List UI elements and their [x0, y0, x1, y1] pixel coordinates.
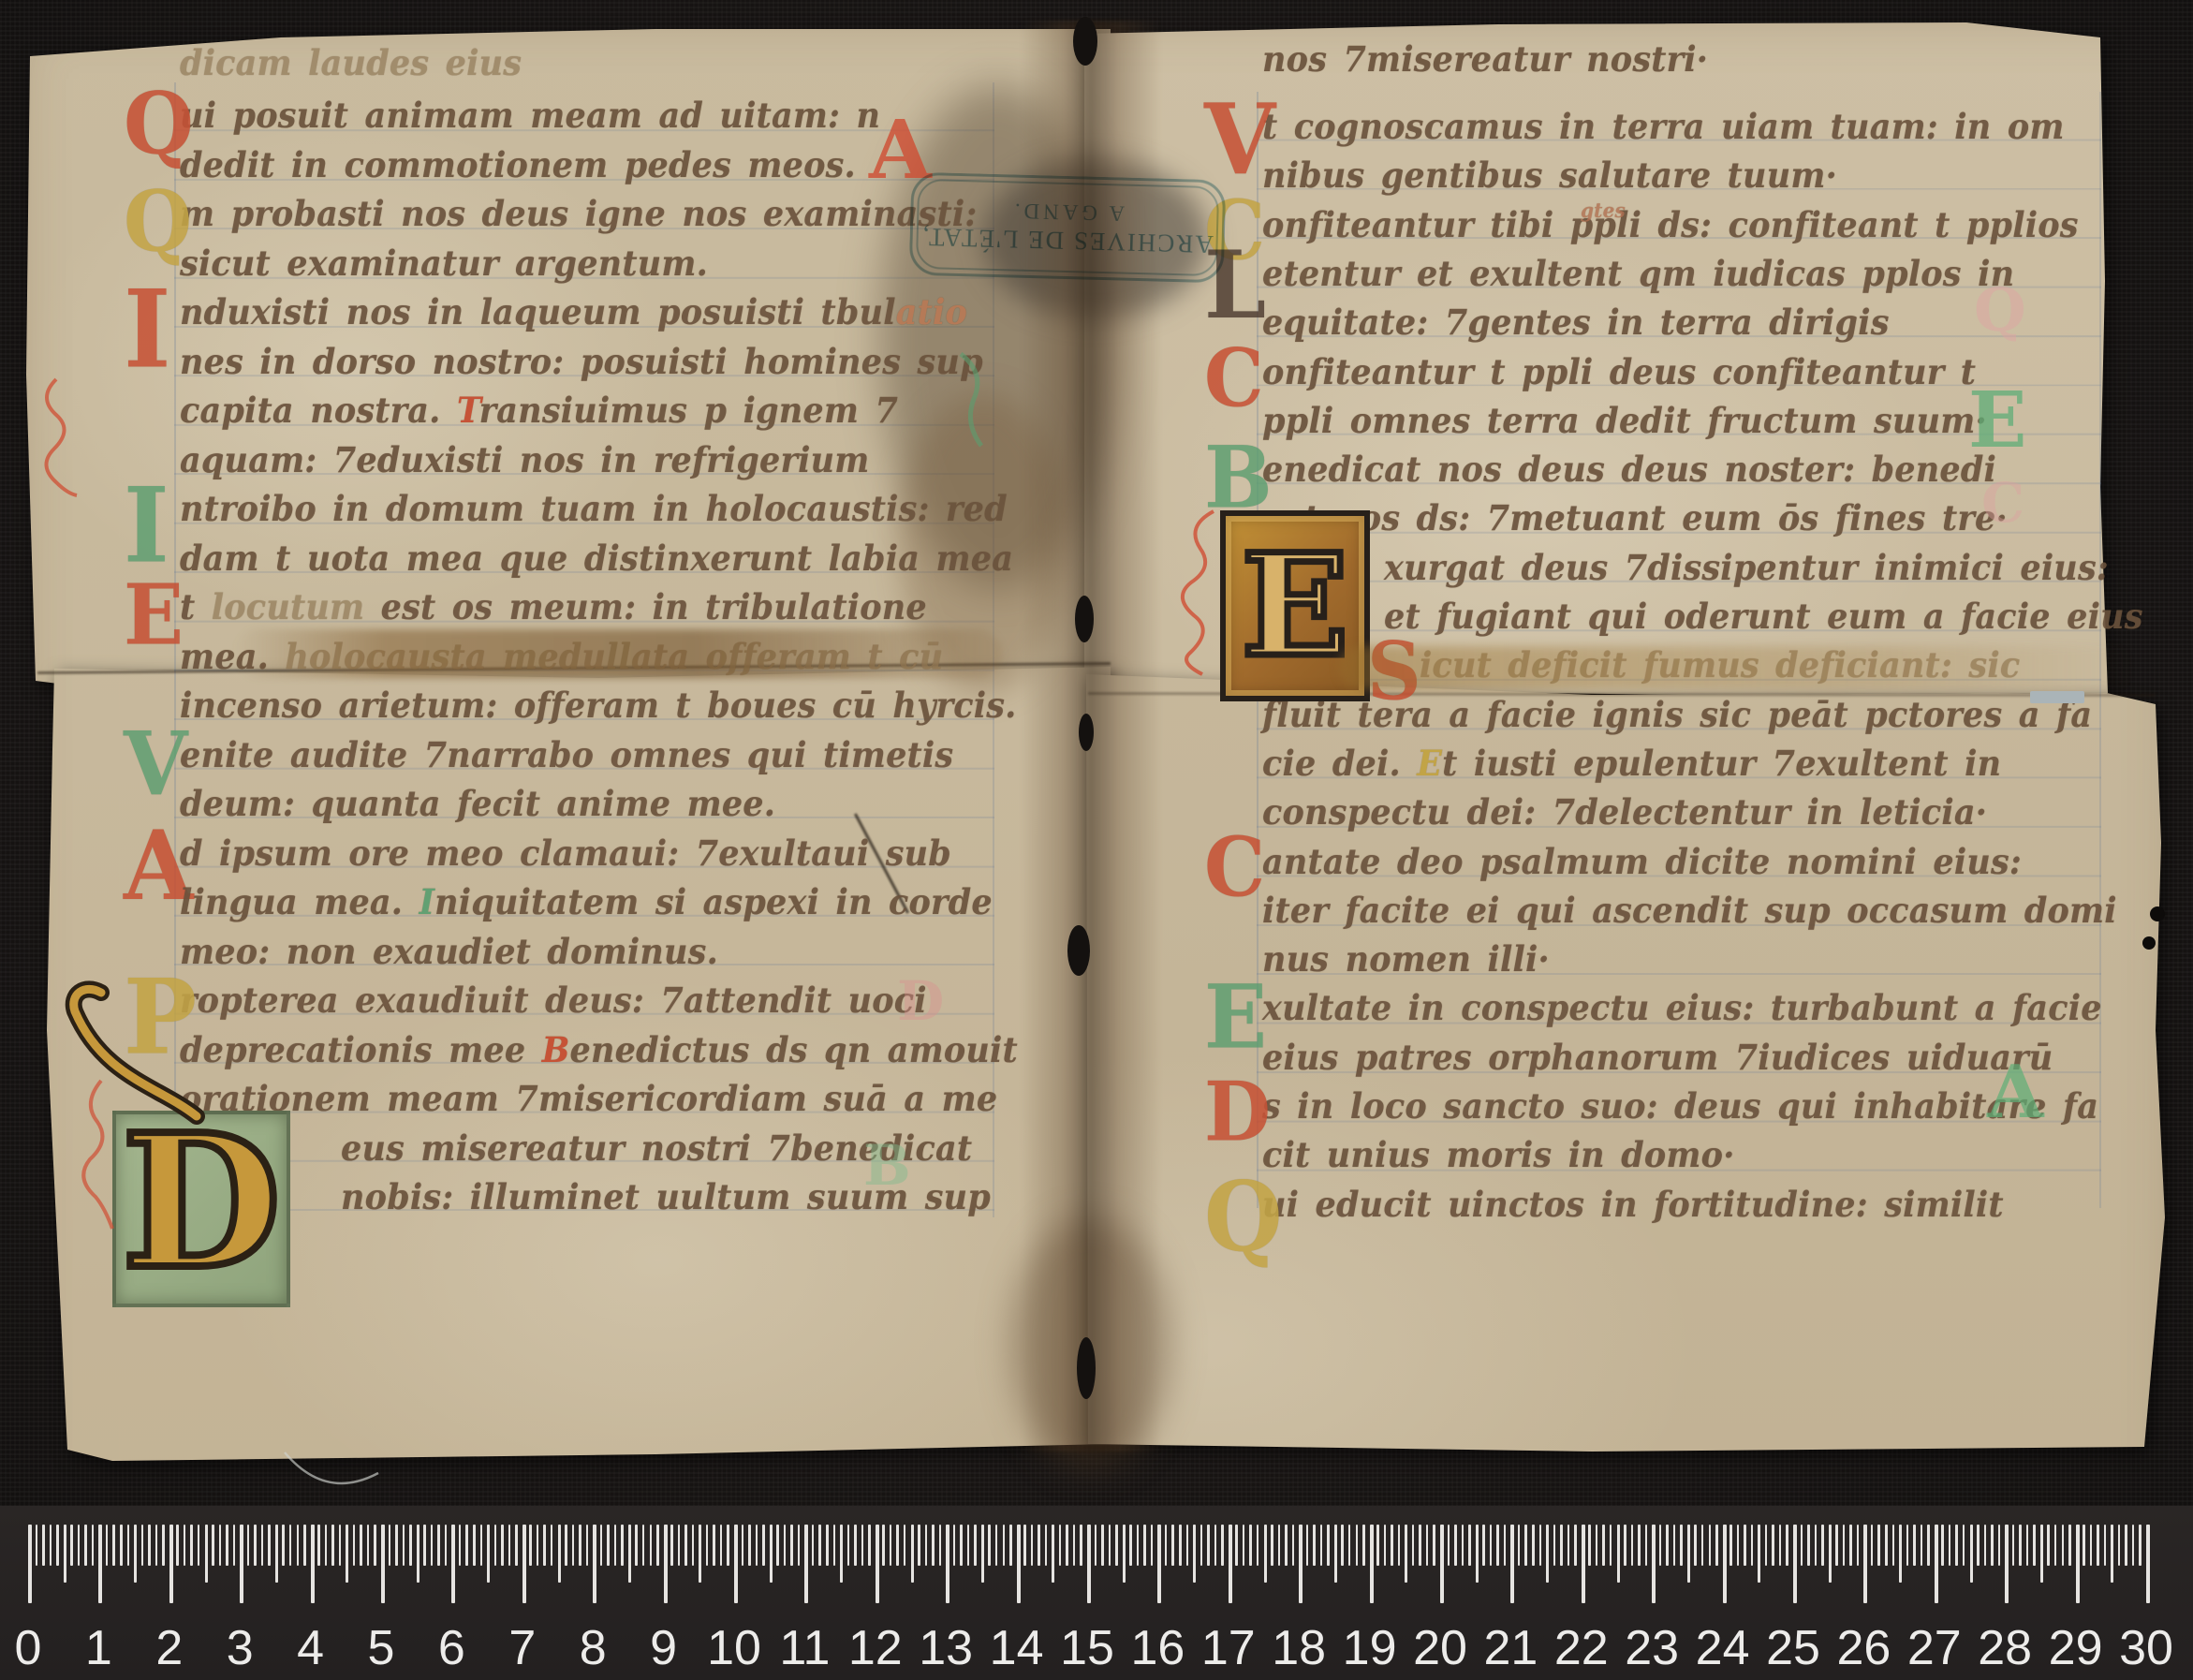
archive-stamp: ARCHIVES DE L'ÉTAT, A GAND.	[909, 172, 1227, 284]
ruler-tick	[1384, 1525, 1387, 1566]
ruler-tick	[70, 1525, 73, 1566]
ruler-tick	[1073, 1525, 1076, 1566]
ruler-tick	[381, 1525, 385, 1603]
ruler-tick	[798, 1525, 801, 1566]
ruler-tick	[565, 1525, 567, 1566]
ruler-tick	[790, 1525, 793, 1566]
ruler-tick	[812, 1525, 815, 1566]
ruler-tick	[1560, 1525, 1563, 1566]
margin-initial: E	[1204, 979, 1267, 1057]
manuscript-line: incenso arietum: offeram t boues cū hyrc…	[180, 684, 1017, 729]
ruler-tick	[1821, 1525, 1824, 1566]
worm-hole	[2142, 936, 2156, 950]
ruler-tick	[2047, 1525, 2050, 1566]
ruler-tick	[1165, 1525, 1168, 1566]
fold-hole	[1073, 17, 1097, 66]
ruler-tick	[967, 1525, 970, 1566]
manuscript-line: nes in dorso nostro: posuisti homines su…	[180, 340, 983, 386]
ruler-tick	[558, 1525, 561, 1583]
ruler-tick	[1921, 1525, 1923, 1566]
manuscript-line: ntroibo in domum tuam in holocaustis: re…	[180, 487, 1008, 533]
ruler-tick	[92, 1525, 95, 1566]
ruler-tick	[1829, 1525, 1832, 1583]
ruler-tick	[395, 1525, 398, 1566]
ruler-tick	[1334, 1525, 1337, 1583]
ruler-tick	[451, 1525, 455, 1603]
ruler-tick	[1546, 1525, 1549, 1583]
ruler-number: 0	[15, 1620, 42, 1676]
ruler-tick	[995, 1525, 998, 1566]
ruler-tick	[1666, 1525, 1669, 1566]
ruler-tick	[42, 1525, 45, 1566]
initial-e-letter: E	[1242, 536, 1348, 676]
ruler-tick	[804, 1525, 808, 1603]
ruler-tick	[1285, 1525, 1288, 1566]
line-text: m probasti nos deus igne nos examinasti:	[180, 194, 977, 234]
ruler-tick	[720, 1525, 723, 1566]
line-text: antate deo psalmum dicite nomini eius:	[1262, 842, 2022, 882]
ruler-tick	[776, 1525, 779, 1566]
ruler-number: 23	[1625, 1620, 1679, 1676]
ruler-tick	[939, 1525, 942, 1566]
ruler-tick	[650, 1525, 653, 1566]
ruler-tick	[1229, 1525, 1232, 1603]
ruler-tick	[840, 1525, 843, 1583]
manuscript-line: etentur et exultent qm iudicas pplos inL	[1262, 252, 2014, 298]
line-text: t	[180, 587, 212, 627]
manuscript-line: onfiteantur tibi ppli ds: confiteant t p…	[1262, 203, 2079, 249]
ruler-number: 15	[1060, 1620, 1114, 1676]
line-text: enite audite 7narrabo omnes qui timetis	[180, 735, 953, 775]
ruler-tick	[1171, 1525, 1174, 1566]
manuscript-line: t locutum est os meum: in tribulationeE	[180, 585, 927, 631]
ruler-tick	[184, 1525, 186, 1566]
ruler-tick	[1059, 1525, 1062, 1566]
margin-initial: D	[1204, 1077, 1271, 1150]
ruler-tick	[2132, 1525, 2135, 1566]
ruler-tick	[861, 1525, 864, 1566]
ruler-tick	[1157, 1525, 1161, 1603]
manuscript-line: ppli omnes terra dedit fructum suum·	[1262, 399, 1987, 445]
ruler-tick	[932, 1525, 935, 1566]
ruler-tick	[459, 1525, 462, 1566]
interlinear-gloss: gtes	[1581, 187, 1626, 233]
ruler-tick	[946, 1525, 949, 1603]
ruler-tick	[1510, 1525, 1514, 1603]
ruler-number: 8	[580, 1620, 607, 1676]
manuscript-line: m probasti nos deus igne nos examinasti:…	[180, 192, 977, 238]
manuscript-line: ui educit uinctos in fortitudine: simili…	[1262, 1183, 2004, 1229]
line-text: d ipsum ore meo clamaui: 7exultaui sub	[180, 833, 951, 874]
ruler-number: 18	[1272, 1620, 1326, 1676]
line-text: lingua mea.	[180, 882, 419, 922]
line-text: niquitatem si aspexi in corde	[434, 882, 993, 922]
line-text: incenso arietum: offeram t boues cū hyrc…	[180, 685, 1017, 726]
ruler-tick	[600, 1525, 603, 1566]
ruler-tick	[1095, 1525, 1097, 1566]
manuscript-line: nus nomen illi·	[1262, 937, 1550, 983]
ruler-tick	[1977, 1525, 1980, 1566]
ruler-tick	[275, 1525, 278, 1583]
manuscript-line: xultate in conspectu eius: turbabunt a f…	[1262, 986, 2102, 1032]
ruler-number: 14	[990, 1620, 1044, 1676]
ruler-tick	[847, 1525, 850, 1566]
ruler-tick	[1518, 1525, 1521, 1566]
ruler-number: 9	[650, 1620, 677, 1676]
manuscript-line: fluit tera a facie ignis sic peāt pctore…	[1262, 693, 2092, 739]
ruler-tick	[918, 1525, 920, 1566]
ruler-tick	[1017, 1525, 1021, 1603]
ruler-tick	[2012, 1525, 2015, 1566]
ruler-tick	[1398, 1525, 1401, 1566]
fold-hole	[1067, 925, 1090, 976]
ruler-tick	[465, 1525, 468, 1566]
margin-letter: Q	[1974, 281, 2026, 341]
ruler-tick	[826, 1525, 829, 1566]
ruler-tick	[692, 1525, 695, 1566]
ruler-tick	[621, 1525, 624, 1566]
manuscript-line: d ipsum ore meo clamaui: 7exultaui subA	[180, 832, 951, 877]
manuscript-line: aquam: 7eduxisti nos in refrigerium	[180, 438, 870, 484]
ruler-tick	[508, 1525, 511, 1566]
line-text: ropterea exaudiuit deus: 7attendit uoci	[180, 980, 927, 1021]
ruler-tick	[56, 1525, 59, 1566]
ruler-tick	[727, 1525, 729, 1566]
line-text: B	[542, 1030, 570, 1070]
margin-initial: C	[1204, 832, 1265, 905]
ruler-tick	[473, 1525, 476, 1566]
manuscript-line: nibus gentibus salutare tuum·	[1262, 154, 1837, 199]
ruler-tick	[684, 1525, 687, 1566]
manuscript-line: sicut examinatur argentum.	[180, 242, 708, 287]
ruler-number: 5	[368, 1620, 395, 1676]
ruler-number: 10	[707, 1620, 761, 1676]
manuscript-line: cie dei. Et iusti epulentur 7exultent in	[1262, 742, 2001, 788]
ruler-tick	[1899, 1525, 1902, 1583]
line-text: nibus gentibus salutare tuum·	[1262, 155, 1837, 196]
ruler-number: 4	[297, 1620, 324, 1676]
ruler-tick	[1793, 1525, 1797, 1603]
ruler-tick	[2146, 1525, 2150, 1603]
ruler-tick	[64, 1525, 66, 1583]
manuscript-line: orationem meam 7misericordiam suā a me	[180, 1077, 997, 1123]
ruler-tick	[2083, 1525, 2085, 1566]
decorated-initial-e: E	[1220, 510, 1370, 701]
ruler-tick	[1193, 1525, 1196, 1583]
ruler-tick	[670, 1525, 673, 1566]
ruler-tick	[1362, 1525, 1365, 1566]
ruler-tick	[1306, 1525, 1309, 1566]
ruler-tick	[120, 1525, 123, 1566]
ruler-tick	[1137, 1525, 1140, 1566]
line-text: ui posuit animam meam ad uitam: n	[180, 96, 880, 136]
ruler-tick	[2040, 1525, 2043, 1583]
ruler-tick	[78, 1525, 81, 1566]
ruler-tick	[50, 1525, 52, 1566]
ruler-tick	[353, 1525, 356, 1566]
ruler-tick	[2111, 1525, 2113, 1583]
ruler-tick	[162, 1525, 165, 1566]
fiber-icon	[281, 1447, 384, 1503]
ruler-tick	[403, 1525, 405, 1566]
line-text: enedictus ds qn amouit	[570, 1030, 1018, 1070]
ruler-tick	[1574, 1525, 1577, 1566]
ruler-tick	[1772, 1525, 1774, 1566]
ruler-tick	[925, 1525, 928, 1566]
ruler-tick	[1200, 1525, 1203, 1566]
ruler-number: 22	[1554, 1620, 1609, 1676]
ruler-tick	[1320, 1525, 1323, 1566]
ruler-tick	[770, 1525, 773, 1583]
ruler-tick	[614, 1525, 617, 1566]
ruler-tick	[1003, 1525, 1006, 1566]
manuscript-line: conspectu dei: 7delectentur in leticia·	[1262, 790, 1987, 836]
margin-initial: I	[124, 283, 171, 379]
line-text: locutum	[212, 587, 364, 627]
ruler-tick	[1419, 1525, 1421, 1566]
line-text: equitate: 7gentes in terra dirigis	[1262, 302, 1890, 343]
ruler-tick	[1052, 1525, 1054, 1583]
ruler-tick	[1454, 1525, 1457, 1566]
seam-tab	[2030, 691, 2084, 703]
ruler-tick	[1123, 1525, 1126, 1583]
ruler-tick	[742, 1525, 744, 1566]
line-text: sicut examinatur argentum.	[180, 243, 708, 284]
ruler-tick	[374, 1525, 376, 1566]
ruler-tick	[953, 1525, 956, 1566]
ruler-tick	[289, 1525, 292, 1566]
ruler-tick	[1701, 1525, 1704, 1566]
manuscript-line: cat nos ds: 7metuant eum ōs fines tre·	[1262, 496, 2008, 542]
ruler-tick	[1744, 1525, 1746, 1566]
ruler-tick	[854, 1525, 857, 1566]
ruler-tick	[176, 1525, 179, 1566]
line-text: iter facite ei qui ascendit sup occasum …	[1262, 891, 2117, 931]
ruler-tick	[1638, 1525, 1641, 1566]
manuscript-line: xurgat deus 7dissipentur inimici eius:	[1384, 546, 2109, 592]
line-text: ppli omnes terra dedit fructum suum·	[1262, 401, 1987, 441]
worm-hole	[2150, 906, 2165, 921]
ruler-tick	[1214, 1525, 1217, 1566]
ruler-tick	[417, 1525, 419, 1583]
ruler-tick	[1779, 1525, 1782, 1566]
ruler-tick	[219, 1525, 222, 1566]
line-text: capita nostra.	[180, 391, 457, 431]
ruler-tick	[501, 1525, 504, 1566]
ruler-number: 7	[508, 1620, 536, 1676]
ruler-tick	[1815, 1525, 1818, 1566]
ruler-tick	[331, 1525, 334, 1566]
line-text: atio	[896, 292, 967, 332]
ruler-tick	[756, 1525, 758, 1566]
ruler-tick	[1913, 1525, 1916, 1566]
ruler-tick	[876, 1525, 879, 1603]
ruler-tick	[1341, 1525, 1344, 1566]
ruler-number: 21	[1483, 1620, 1538, 1676]
ruler-tick	[911, 1525, 914, 1583]
ruler-number: 25	[1766, 1620, 1820, 1676]
ruler-tick	[367, 1525, 370, 1566]
line-text: meo: non exaudiet dominus.	[180, 932, 718, 972]
ruler-tick	[981, 1525, 984, 1583]
ruler-tick	[1023, 1525, 1026, 1566]
ruler-tick	[1264, 1525, 1267, 1583]
ruler-tick	[437, 1525, 440, 1566]
line-text: fluit tera a facie ignis sic peāt pctore…	[1262, 695, 2092, 735]
ruler-tick	[148, 1525, 151, 1566]
ruler-tick	[1109, 1525, 1111, 1566]
ruler-number: 16	[1130, 1620, 1185, 1676]
ruler-tick	[1553, 1525, 1556, 1566]
ruler-tick	[1849, 1525, 1852, 1566]
ruler-tick	[1221, 1525, 1224, 1566]
ruler-tick	[1448, 1525, 1450, 1566]
pen-flourish-icon	[951, 348, 989, 451]
ruler-tick	[1087, 1525, 1091, 1603]
ruler-tick	[409, 1525, 412, 1566]
ruler-tick	[1624, 1525, 1626, 1566]
ruler-tick	[1935, 1525, 1938, 1603]
line-text: eius patres orphanorum 7iudices uiduarū	[1262, 1038, 2053, 1078]
ruler-tick	[1588, 1525, 1591, 1566]
ruler-tick	[423, 1525, 426, 1566]
ruler-tick	[480, 1525, 483, 1566]
manuscript-line: equitate: 7gentes in terra dirigis	[1262, 301, 1890, 346]
line-text: xurgat deus 7dissipentur inimici eius:	[1384, 548, 2109, 588]
ruler-number: 30	[2119, 1620, 2173, 1676]
ruler-tick	[1348, 1525, 1351, 1566]
ruler-tick	[579, 1525, 581, 1566]
line-text: nus nomen illi·	[1262, 939, 1550, 980]
manuscript-line: capita nostra. Transiuimus p ignem 7	[180, 389, 898, 435]
ruler-tick	[642, 1525, 645, 1566]
ruler-tick	[2097, 1525, 2099, 1566]
ruler-number: 12	[848, 1620, 903, 1676]
ruler-number: 2	[155, 1620, 183, 1676]
ruler-tick	[1038, 1525, 1040, 1566]
ruler-number: 24	[1696, 1620, 1750, 1676]
ruler-tick	[1235, 1525, 1238, 1566]
manuscript-line: enedicat nos deus deus noster: benediB	[1262, 448, 1996, 494]
ruler-number: 17	[1201, 1620, 1256, 1676]
line-text: mea.	[180, 637, 285, 677]
ruler-tick	[190, 1525, 193, 1566]
margin-letter: A	[1987, 1056, 2044, 1129]
ruler-tick	[1885, 1525, 1888, 1566]
line-text: T	[457, 391, 479, 431]
ruler-tick	[134, 1525, 137, 1583]
ruler-tick	[1709, 1525, 1712, 1566]
ruler-tick	[537, 1525, 539, 1566]
margin-letter: D	[897, 974, 944, 1028]
ruler-tick	[678, 1525, 681, 1566]
margin-letter: E	[1968, 382, 2027, 459]
ruler-tick	[1151, 1525, 1154, 1566]
margin-letter: C	[1981, 476, 2024, 530]
ruler-tick	[106, 1525, 109, 1566]
ruler-tick	[1835, 1525, 1838, 1566]
ruler-tick	[1737, 1525, 1740, 1566]
ruler-tick	[1927, 1525, 1930, 1566]
ruler-tick	[1356, 1525, 1359, 1566]
ruler-tick	[2033, 1525, 2036, 1566]
ruler-tick	[2019, 1525, 2022, 1566]
manuscript-line: mea. holocausta medullata offeram t cū	[180, 635, 943, 681]
ruler-tick	[818, 1525, 821, 1566]
line-text: I	[419, 882, 435, 922]
ruler-tick	[325, 1525, 328, 1566]
ruler-tick	[1504, 1525, 1507, 1566]
manuscript-line: nduxisti nos in laqueum posuisti tbulati…	[180, 290, 967, 336]
initial-d-tail-icon	[47, 974, 253, 1142]
ruler-tick	[1496, 1525, 1499, 1566]
ruler-tick	[1440, 1525, 1444, 1603]
ruler-tick	[784, 1525, 787, 1566]
ruler-tick	[1567, 1525, 1570, 1566]
ruler-tick	[261, 1525, 264, 1566]
ruler-tick	[1970, 1525, 1973, 1583]
ruler-tick	[254, 1525, 257, 1566]
ruler-tick	[734, 1525, 738, 1603]
manuscript-line: t cognoscamus in terra uiam tuam: in omV	[1262, 105, 2065, 151]
ruler-number: 27	[1907, 1620, 1962, 1676]
ruler-tick	[1129, 1525, 1132, 1566]
ruler-tick	[1243, 1525, 1245, 1566]
ruler-tick	[868, 1525, 871, 1566]
ruler-tick	[1313, 1525, 1316, 1566]
ruler-tick	[212, 1525, 214, 1566]
ruler-tick	[656, 1525, 659, 1566]
line-text: aquam: 7eduxisti nos in refrigerium	[180, 440, 870, 480]
manuscript-line: dedit in commotionem pedes meos.	[180, 143, 856, 189]
ruler-tick	[1765, 1525, 1768, 1566]
ruler-tick	[1433, 1525, 1435, 1566]
manuscript-line: s in loco sancto suo: deus qui inhabitar…	[1262, 1084, 2098, 1130]
ruler-tick	[226, 1525, 228, 1566]
pen-flourish-icon	[1176, 506, 1229, 684]
line-text: t iusti epulentur 7exultent in	[1442, 744, 2001, 784]
ruler-tick	[713, 1525, 715, 1566]
ruler-tick	[890, 1525, 892, 1566]
fold-hole	[1075, 596, 1094, 642]
ruler-tick	[141, 1525, 144, 1566]
ruler-tick	[1271, 1525, 1273, 1566]
pen-flourish-icon	[79, 1077, 116, 1236]
manuscript-line: meo: non exaudiet dominus.	[180, 930, 718, 976]
ruler-number: 20	[1413, 1620, 1467, 1676]
ruler-tick	[1877, 1525, 1880, 1566]
ruler-tick	[1801, 1525, 1803, 1566]
ruler-tick	[2090, 1525, 2093, 1566]
ruler-tick	[1292, 1525, 1295, 1566]
ruler-tick	[1949, 1525, 1951, 1566]
ruler-tick	[1405, 1525, 1407, 1583]
line-text: orationem meam 7misericordiam suā a me	[180, 1079, 997, 1119]
ruler-tick	[1631, 1525, 1634, 1566]
margin-letter: B	[863, 1138, 911, 1194]
line-text: enedicat nos deus deus noster: benedi	[1262, 449, 1996, 490]
ruler-number: 29	[2049, 1620, 2103, 1676]
ruler-tick	[1652, 1525, 1656, 1603]
ruler-tick	[445, 1525, 448, 1566]
ruler-tick	[1786, 1525, 1788, 1566]
ruler-tick	[635, 1525, 638, 1566]
ruler-tick	[339, 1525, 342, 1566]
ruler-tick	[988, 1525, 991, 1566]
ruler-tick	[389, 1525, 391, 1566]
ruler-tick	[1673, 1525, 1676, 1566]
manuscript-line: dam t uota mea que distinxerunt labia me…	[180, 537, 1013, 582]
